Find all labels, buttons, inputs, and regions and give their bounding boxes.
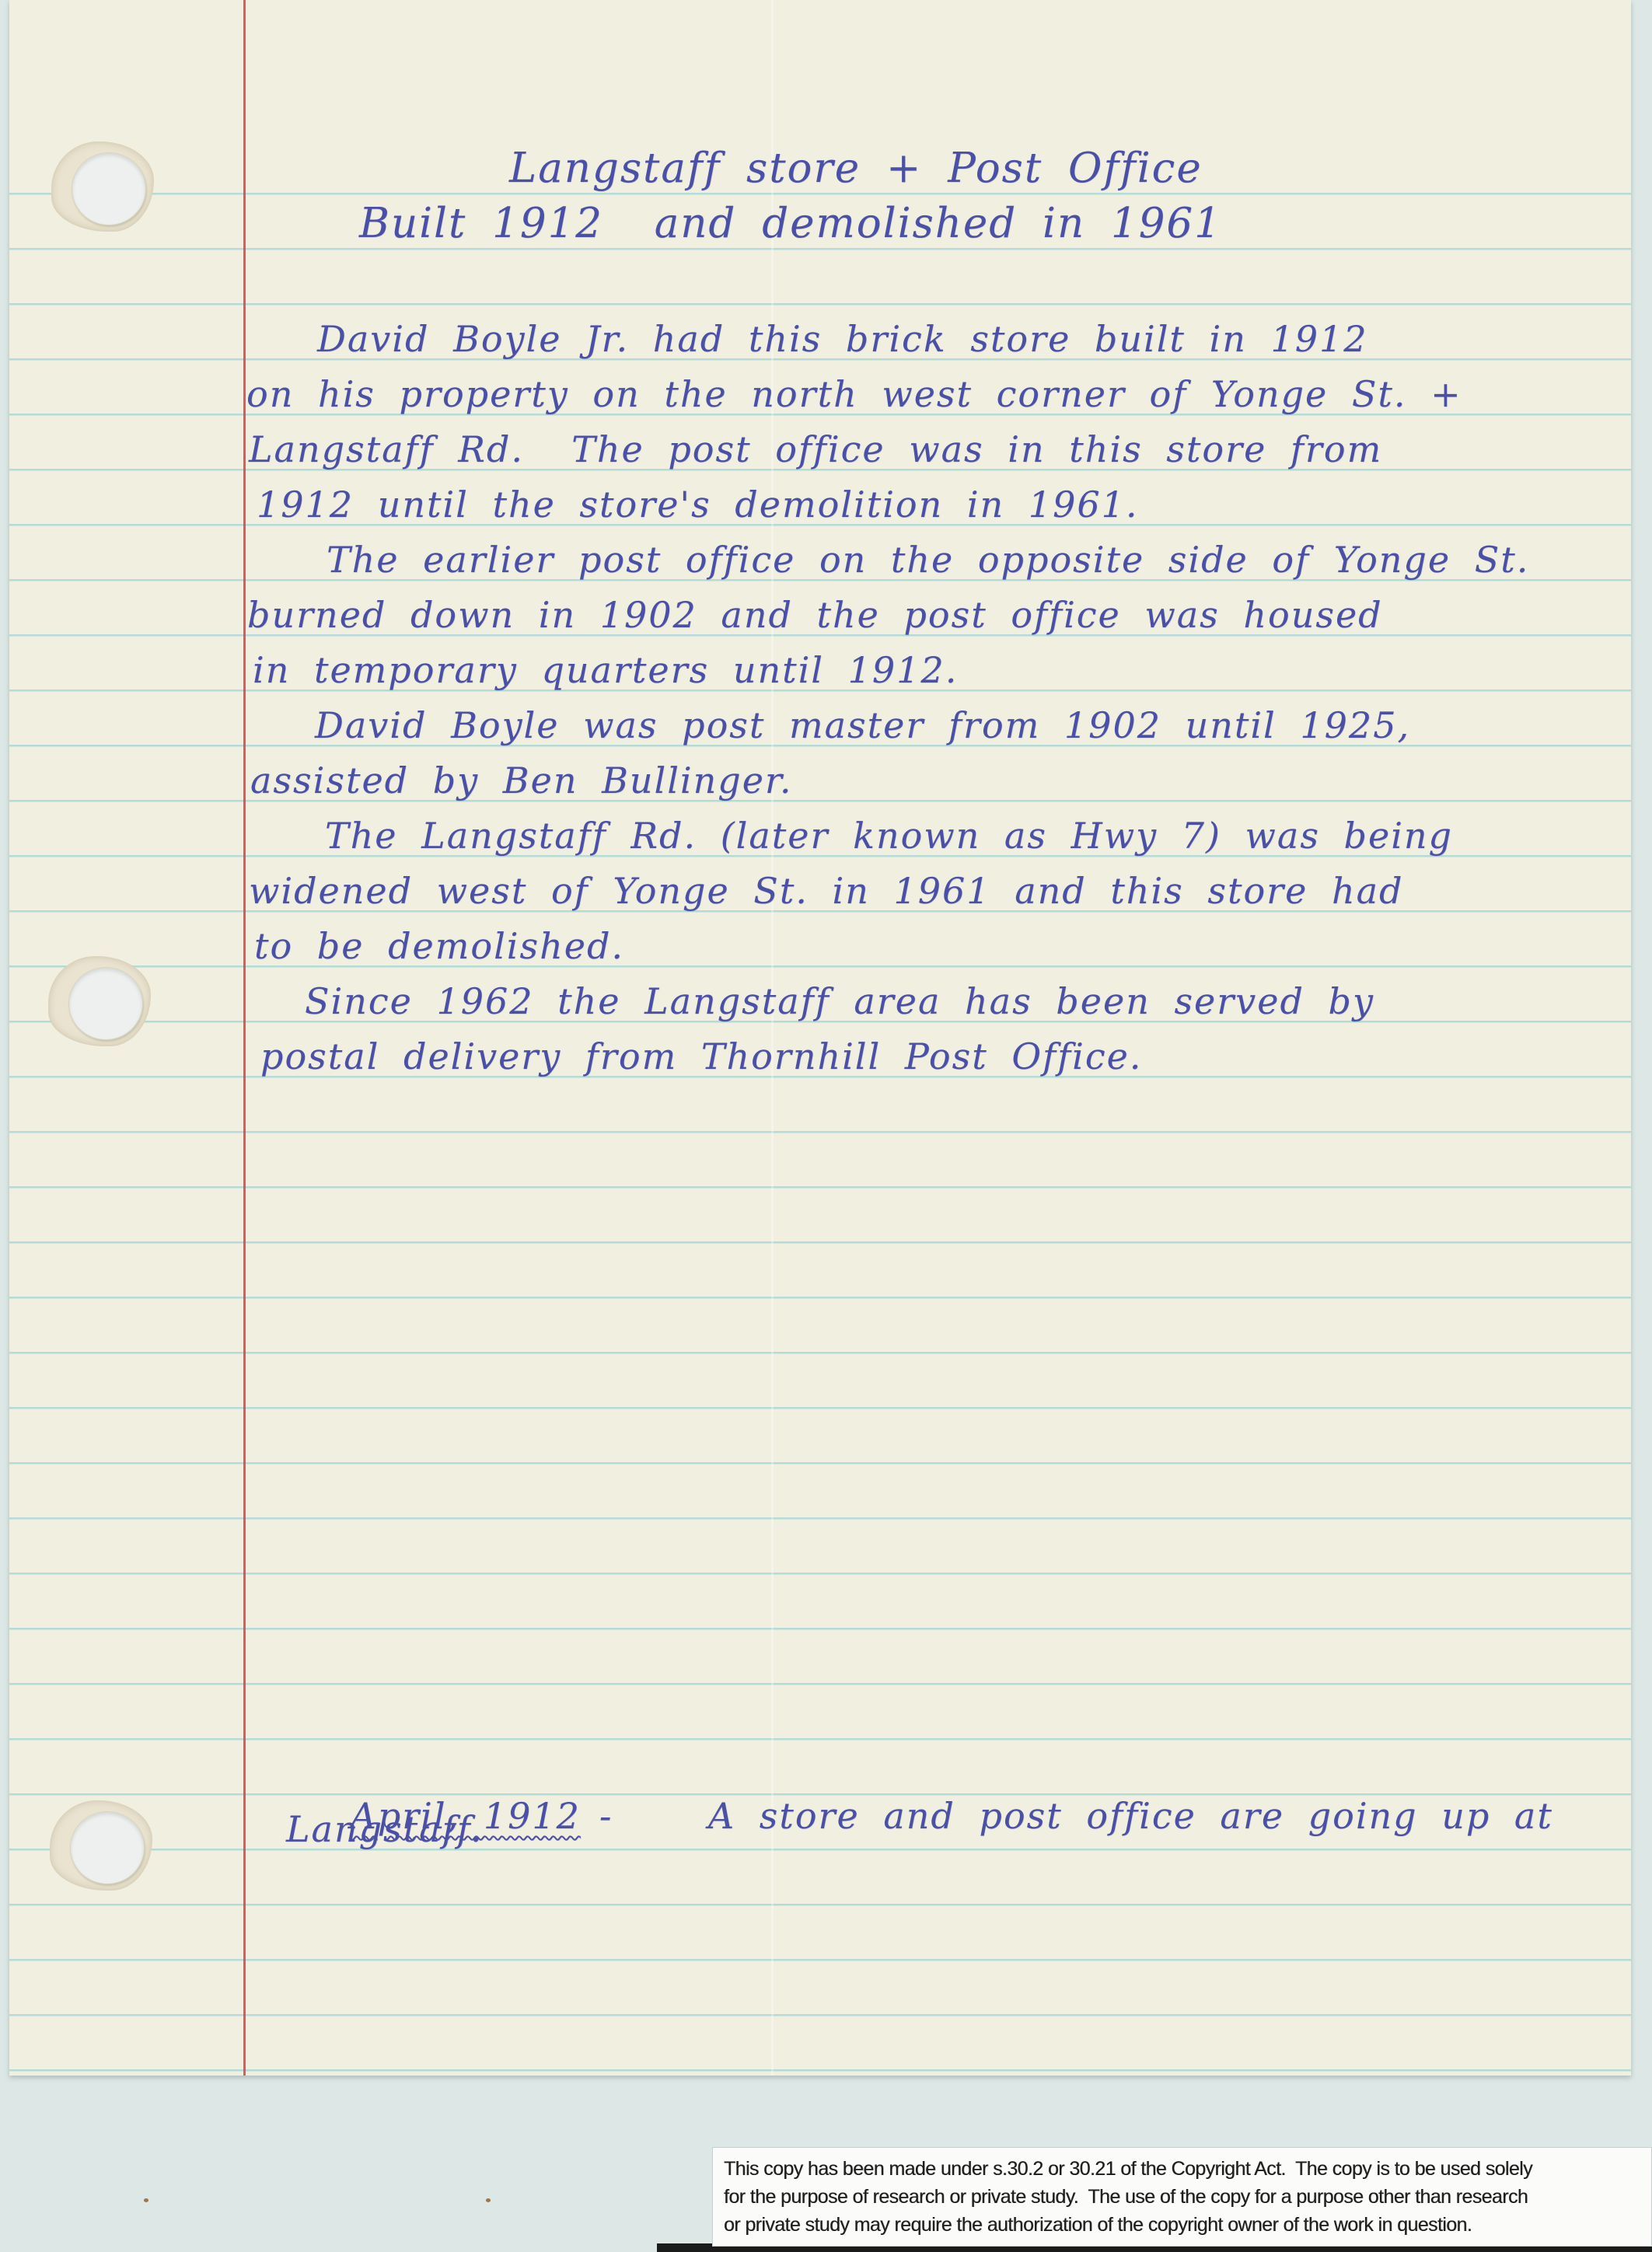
handwriting-line: in temporary quarters until 1912. [253, 649, 958, 691]
punch-hole-middle [68, 967, 143, 1040]
handwriting-line: Langstaff Rd. The post office was in thi… [249, 428, 1382, 470]
copyright-stamp-line-1: This copy has been made under s.30.2 or … [724, 2155, 1645, 2183]
handwriting-title-line-1: Langstaff store + Post Office [509, 148, 1203, 190]
copyright-stamp-line-3: or private study may require the authori… [724, 2211, 1645, 2239]
handwriting-line: David Boyle Jr. had this brick store bui… [317, 318, 1368, 360]
paper-speck [486, 2198, 491, 2202]
paper-speck [144, 2198, 148, 2202]
handwriting-line: The Langstaff Rd. (later known as Hwy 7)… [325, 815, 1453, 857]
copyright-stamp-line-2: for the purpose of research or private s… [724, 2183, 1645, 2211]
copyright-stamp: This copy has been made under s.30.2 or … [712, 2147, 1652, 2247]
handwriting-line: David Boyle was post master from 1902 un… [315, 704, 1410, 746]
red-margin-line [243, 0, 246, 2076]
punch-hole-bottom [70, 1811, 145, 1884]
handwriting-line: The earlier post office on the opposite … [327, 539, 1529, 581]
handwriting-line: Since 1962 the Langstaff area has been s… [305, 980, 1374, 1022]
handwriting-line: postal delivery from Thornhill Post Offi… [260, 1035, 1142, 1077]
annotation-note-line-2: Langstaff. [286, 1808, 484, 1850]
handwriting-line: on his property on the north west corner… [246, 373, 1462, 415]
annotation-text: - A store and post office are going up a… [599, 1795, 1553, 1837]
punch-hole-top [72, 152, 146, 225]
handwriting-line: to be demolished. [254, 925, 624, 967]
handwriting-line: 1912 until the store's demolition in 196… [257, 484, 1139, 525]
handwriting-line: burned down in 1902 and the post office … [247, 594, 1383, 636]
handwriting-line: assisted by Ben Bullinger. [250, 759, 792, 801]
handwriting-title-line-2: Built 1912 and demolished in 1961 [359, 203, 1222, 245]
scanned-notebook-page: Langstaff store + Post Office Built 1912… [0, 0, 1652, 2252]
handwriting-line: widened west of Yonge St. in 1961 and th… [249, 870, 1403, 912]
